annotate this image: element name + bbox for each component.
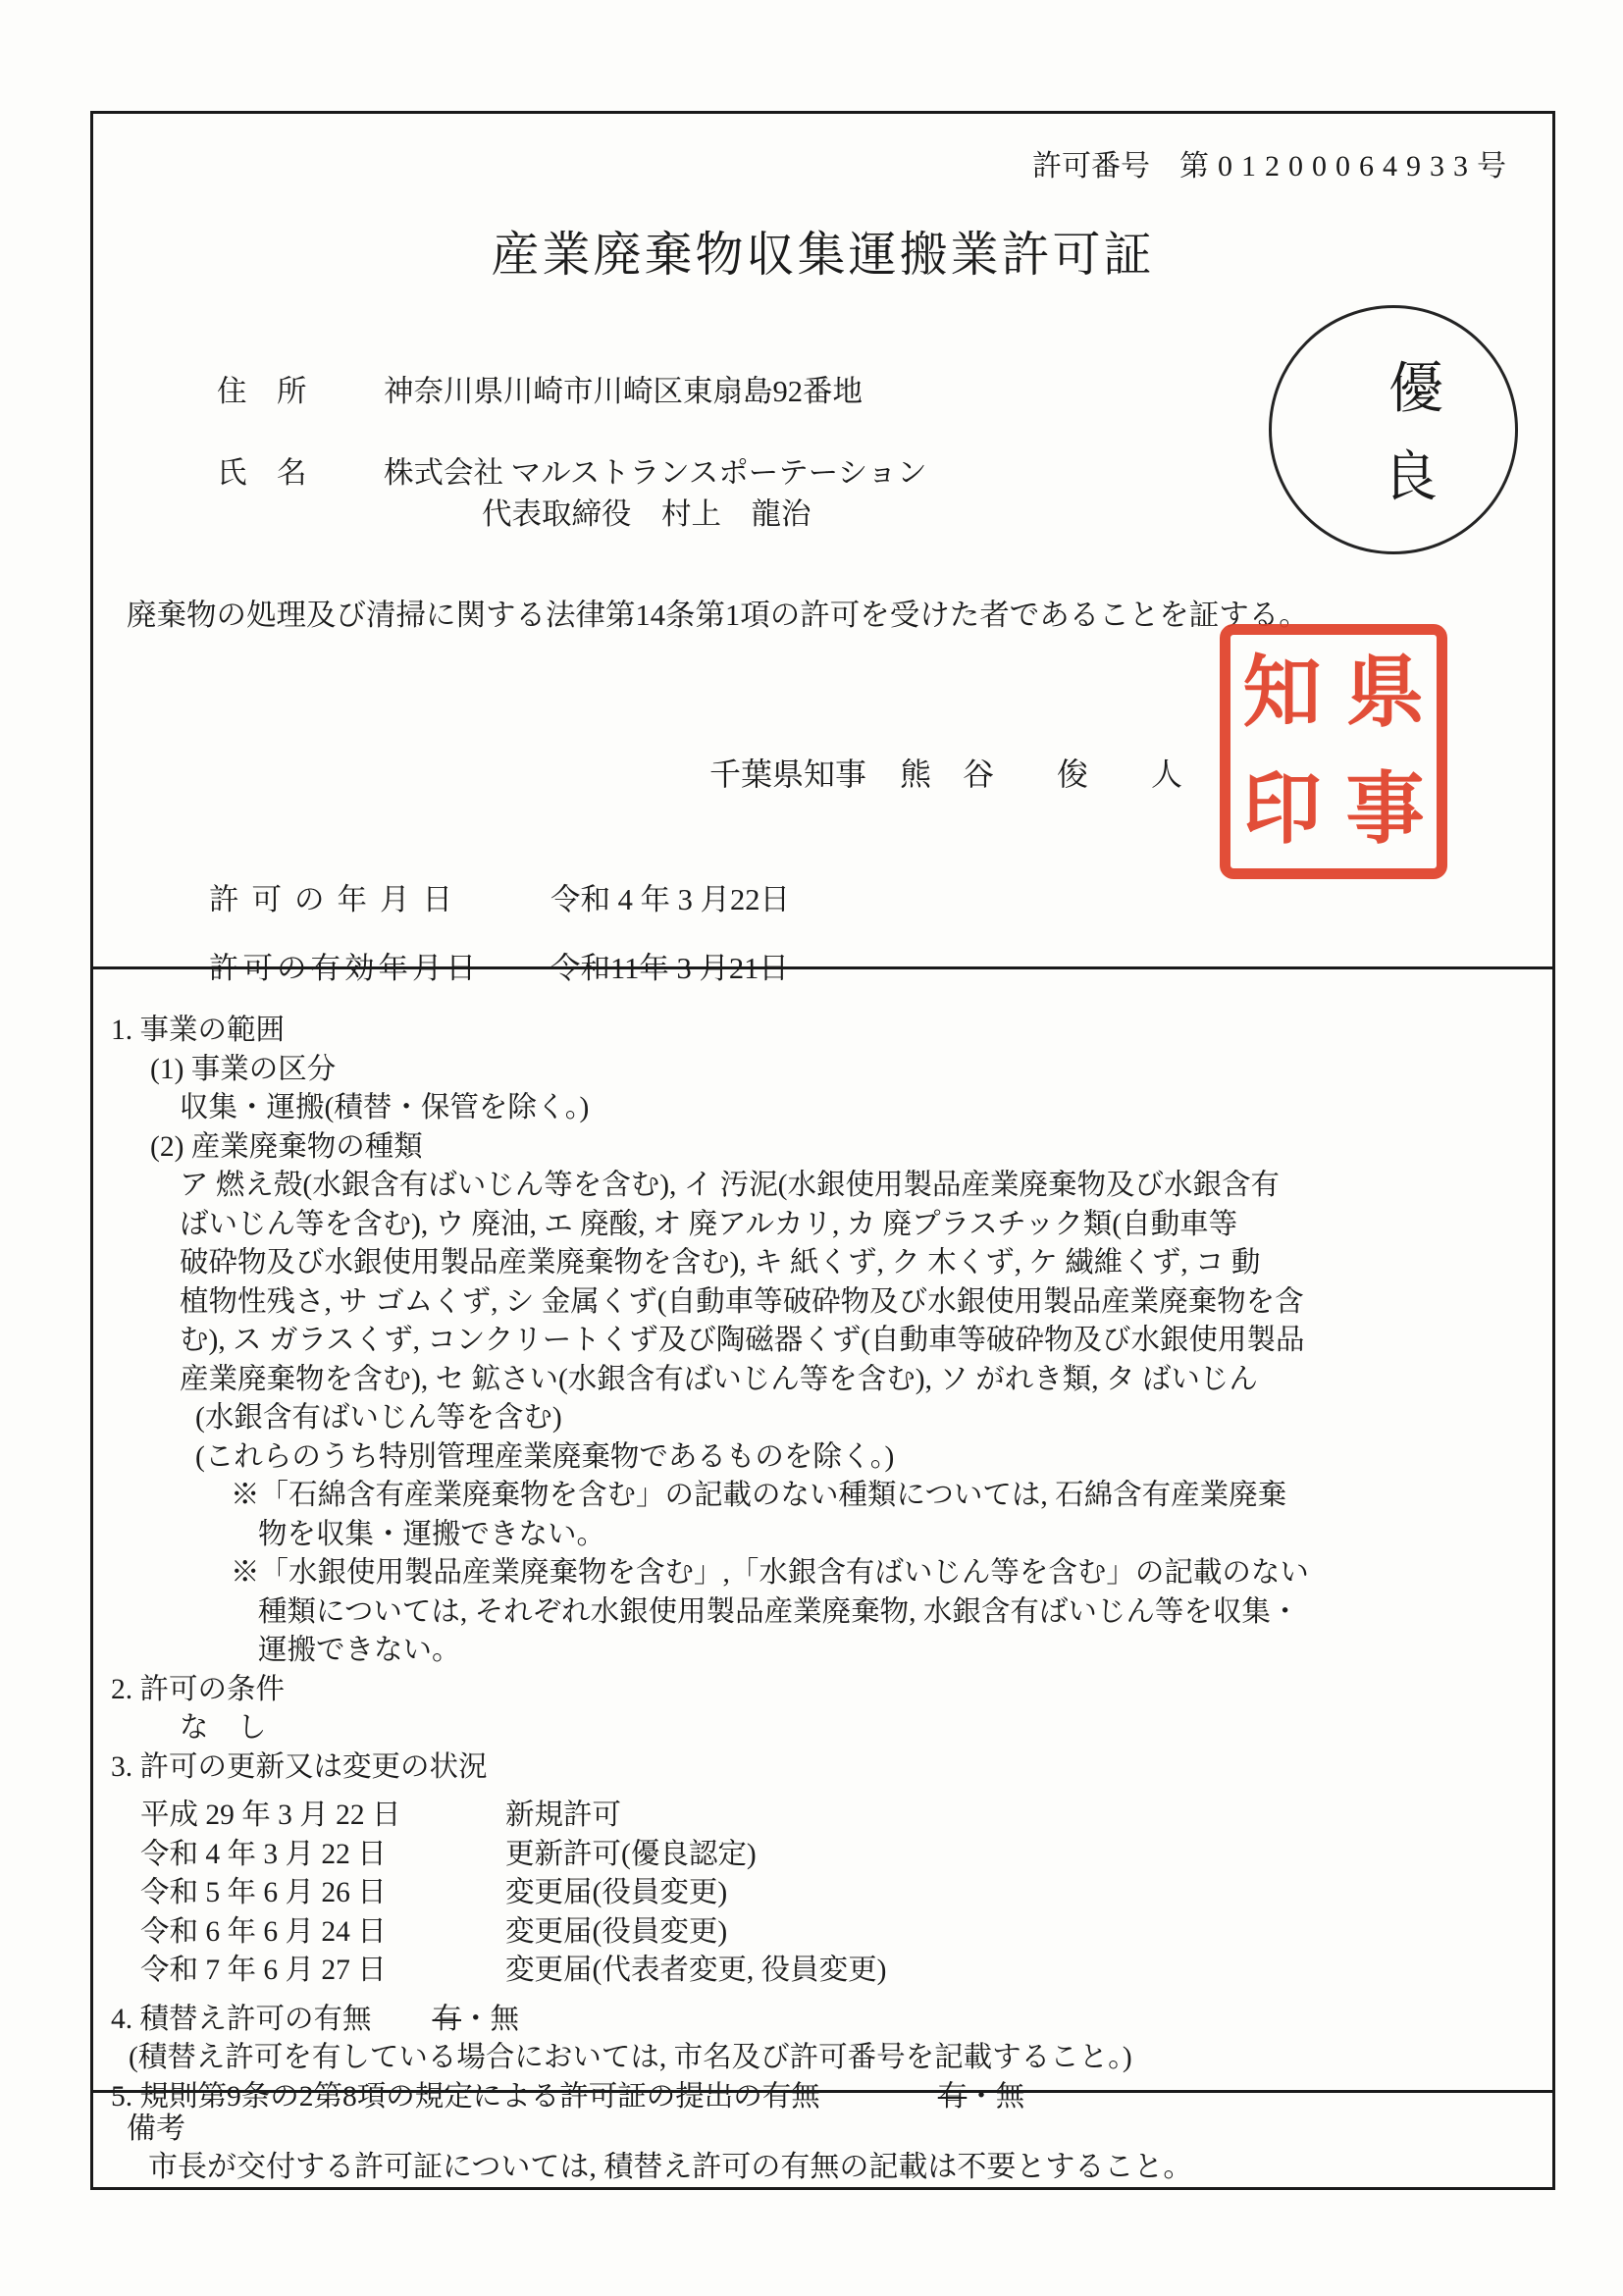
- body-line: 収集・運搬(積替・保管を除く。): [93, 1089, 1552, 1128]
- body-line: ばいじん等を含む), ウ 廃油, エ 廃酸, オ 廃アルカリ, カ 廃プラスチッ…: [93, 1206, 1552, 1245]
- transfer-permit-note: (積替え許可を有している場合においては, 市名及び許可番号を記載すること。): [93, 2039, 1552, 2078]
- conditions-body: 1. 事業の範囲 (1) 事業の区分 収集・運搬(積替・保管を除く。) (2) …: [93, 1012, 1552, 2116]
- body-line: 破砕物及び水銀使用製品産業廃棄物を含む), キ 紙くず, ク 木くず, ケ 繊維…: [93, 1244, 1552, 1283]
- company-name: 株式会社 マルストランスポーテーション: [384, 456, 927, 490]
- history-row: 令和 7 年 6 月 27 日 変更届(代表者変更, 役員変更): [93, 1952, 1552, 1991]
- submission-label: 5. 規則第9条の2第8項の規定による許可証の提出の有無: [111, 2081, 820, 2113]
- history-row: 令和 5 年 6 月 26 日 変更届(役員変更): [93, 1874, 1552, 1913]
- submission-mu: 無: [996, 2081, 1025, 2113]
- transfer-permit-label: 4. 積替え許可の有無: [111, 2004, 372, 2035]
- history-row: 令和 6 年 6 月 24 日 変更届(役員変更): [93, 1913, 1552, 1953]
- history-action: 更新許可(優良認定): [505, 1836, 757, 1875]
- body-line: 植物性残さ, サ ゴムくず, シ 金属くず(自動車等破砕物及び水銀使用製品産業廃…: [93, 1283, 1552, 1323]
- submission-line: 5. 規則第9条の2第8項の規定による許可証の提出の有無有・無: [93, 2078, 1552, 2117]
- history-action: 変更届(役員変更): [505, 1913, 727, 1953]
- body-line: 2. 許可の条件: [93, 1671, 1552, 1710]
- governor-red-seal: 知 県 印 事: [1220, 624, 1447, 879]
- name-label: 氏 名: [217, 448, 342, 492]
- body-line: 物を収集・運搬できない。: [93, 1516, 1552, 1555]
- remarks-divider: [93, 2090, 1552, 2093]
- body-line: 種類については, それぞれ水銀使用製品産業廃棄物, 水銀含有ばいじん等を収集・: [93, 1593, 1552, 1633]
- remarks-text: 市長が交付する許可証については, 積替え許可の有無の記載は不要とすること。: [148, 2142, 1192, 2185]
- page-title: 産業廃棄物収集運搬業許可証: [93, 217, 1552, 286]
- section-5: 5. 規則第9条の2第8項の規定による許可証の提出の有無有・無: [93, 2078, 1552, 2117]
- body-line: (これらのうち特別管理産業廃棄物であるものを除く。): [93, 1438, 1552, 1478]
- address-label: 住 所: [217, 367, 342, 410]
- seal-char-2: 県: [1334, 635, 1437, 752]
- address-value: 神奈川県川崎市川崎区東扇島92番地: [384, 375, 863, 408]
- transfer-permit-ari: 有: [433, 2004, 462, 2035]
- excellent-char-2: 良: [1272, 434, 1515, 512]
- issuer-line: 千葉県知事熊 谷 俊 人: [709, 750, 1182, 795]
- permit-date-label: 許可の年月日: [209, 875, 550, 918]
- permit-date-row: 許可の年月日 令和 4 年 3 月22日: [209, 875, 790, 918]
- history-date: 令和 5 年 6 月 26 日: [140, 1874, 505, 1913]
- name-row: 氏 名株式会社 マルストランスポーテーション: [217, 448, 927, 492]
- submission-choice: 有・無: [938, 2078, 1025, 2117]
- expiry-date-row: 許可の有効年月日 令和11年 3 月21日: [209, 944, 789, 987]
- address-row: 住 所神奈川県川崎市川崎区東扇島92番地: [217, 367, 863, 410]
- certification-statement: 廃棄物の処理及び清掃に関する法律第14条第1項の許可を受けた者であることを証する…: [127, 591, 1309, 634]
- submission-ari: 有: [938, 2081, 968, 2113]
- transfer-permit-choice: 有・無: [433, 2001, 520, 2040]
- history-action: 変更届(代表者変更, 役員変更): [505, 1952, 886, 1991]
- permit-number-label: 許可番号: [1032, 150, 1150, 183]
- body-line: 3. 許可の更新又は変更の状況: [93, 1748, 1552, 1788]
- body-line: (2) 産業廃棄物の種類: [93, 1128, 1552, 1168]
- seal-char-1: 知: [1230, 635, 1334, 752]
- permit-number-line: 許可番号第01200064933号: [1032, 141, 1515, 184]
- document-border-frame: 許可番号第01200064933号 産業廃棄物収集運搬業許可証 住 所神奈川県川…: [90, 111, 1555, 2190]
- excellent-certification-stamp: 優 良: [1269, 305, 1518, 554]
- seal-char-4: 事: [1334, 752, 1437, 868]
- issuer-title: 千葉県知事: [709, 757, 866, 792]
- history-date: 令和 6 年 6 月 24 日: [140, 1913, 505, 1953]
- body-line: む), ス ガラスくず, コンクリートくず及び陶磁器くず(自動車等破砕物及び水銀…: [93, 1322, 1552, 1361]
- expiry-date-value: 令和11年 3 月21日: [550, 944, 789, 987]
- permit-number-value: 第01200064933号: [1179, 150, 1515, 183]
- history-row: 平成 29 年 3 月 22 日 新規許可: [93, 1797, 1552, 1836]
- permit-date-value: 令和 4 年 3 月22日: [550, 875, 790, 918]
- body-line: (1) 事業の区分: [93, 1051, 1552, 1090]
- history-list: 平成 29 年 3 月 22 日 新規許可 令和 4 年 3 月 22 日 更新…: [93, 1797, 1552, 1991]
- history-date: 平成 29 年 3 月 22 日: [140, 1797, 505, 1836]
- submission-dot: ・: [967, 2081, 996, 2113]
- section-4: 4. 積替え許可の有無有・無 (積替え許可を有している場合においては, 市名及び…: [93, 2001, 1552, 2078]
- body-line: ※「水銀使用製品産業廃棄物を含む」,「水銀含有ばいじん等を含む」の記載のない: [93, 1554, 1552, 1593]
- history-action: 変更届(役員変更): [505, 1874, 727, 1913]
- history-date: 令和 4 年 3 月 22 日: [140, 1836, 505, 1875]
- permit-document-page: 許可番号第01200064933号 産業廃棄物収集運搬業許可証 住 所神奈川県川…: [0, 0, 1623, 2296]
- history-action: 新規許可: [505, 1797, 621, 1836]
- seal-char-3: 印: [1230, 752, 1334, 868]
- transfer-permit-mu: 無: [491, 2004, 520, 2035]
- body-line: ア 燃え殻(水銀含有ばいじん等を含む), イ 汚泥(水銀使用製品産業廃棄物及び水…: [93, 1167, 1552, 1206]
- transfer-permit-line: 4. 積替え許可の有無有・無: [93, 2001, 1552, 2040]
- issuer-name: 熊 谷 俊 人: [900, 757, 1182, 792]
- transfer-permit-dot: ・: [461, 2004, 491, 2035]
- body-line: 1. 事業の範囲: [93, 1012, 1552, 1051]
- history-date: 令和 7 年 6 月 27 日: [140, 1952, 505, 1991]
- body-line: な し: [93, 1709, 1552, 1748]
- expiry-date-label: 許可の有効年月日: [209, 944, 550, 987]
- body-line: (水銀含有ばいじん等を含む): [93, 1399, 1552, 1438]
- representative-row: 代表取締役 村上 龍治: [482, 490, 811, 533]
- history-row: 令和 4 年 3 月 22 日 更新許可(優良認定): [93, 1836, 1552, 1875]
- body-line: ※「石綿含有産業廃棄物を含む」の記載のない種類については, 石綿含有産業廃棄: [93, 1477, 1552, 1516]
- body-line: 運搬できない。: [93, 1632, 1552, 1671]
- excellent-char-1: 優: [1272, 345, 1515, 424]
- section-divider-top: [93, 966, 1552, 969]
- remarks-label: 備考: [127, 2104, 185, 2147]
- body-line: 産業廃棄物を含む), セ 鉱さい(水銀含有ばいじん等を含む), ソ がれき類, …: [93, 1361, 1552, 1400]
